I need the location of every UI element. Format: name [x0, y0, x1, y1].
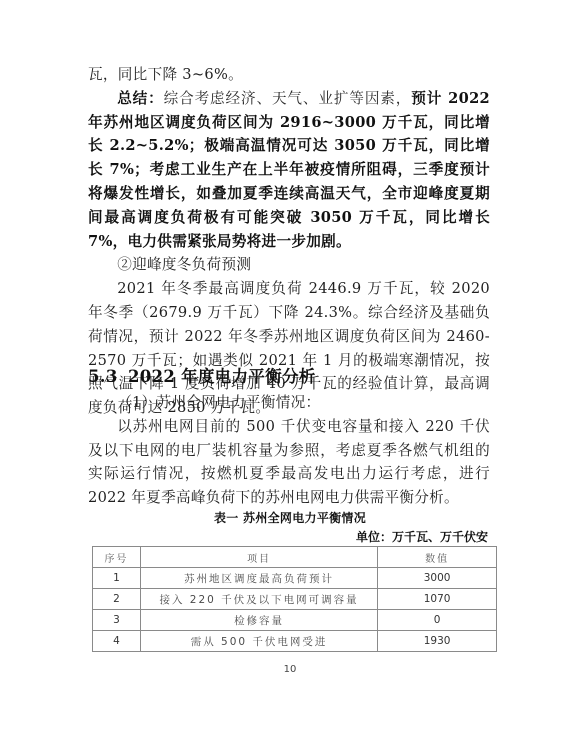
table-unit: 单位：万千瓦、万千伏安: [356, 528, 488, 545]
cell-item: 接入 220 千伏及以下电网可调容量: [140, 589, 377, 610]
cell-item: 需从 500 千伏电网受进: [140, 631, 377, 652]
table-row: 1 苏州地区调度最高负荷预计 3000: [93, 568, 497, 589]
cell-item: 检修容量: [140, 610, 377, 631]
header-no: 序号: [93, 547, 141, 568]
summary-paragraph: 总结：综合考虑经济、天气、业扩等因素，预计 2022 年苏州地区调度负荷区间为 …: [88, 87, 490, 254]
document-page: 瓦，同比下降 3~6%。 总结：综合考虑经济、天气、业扩等因素，预计 2022 …: [0, 0, 580, 729]
header-value: 数值: [378, 547, 497, 568]
table-caption: 表一 苏州全网电力平衡情况: [0, 509, 580, 526]
summary-intro: 综合考虑经济、天气、业扩等因素，: [164, 90, 412, 107]
section-title: 2022 年度电力平衡分析: [128, 367, 316, 386]
cell-no: 3: [93, 610, 141, 631]
cell-no: 4: [93, 631, 141, 652]
balance-paragraph: 以苏州电网目前的 500 千伏变电容量和接入 220 千伏及以下电网的电厂装机容…: [88, 415, 490, 510]
cell-item: 苏州地区调度最高负荷预计: [140, 568, 377, 589]
table-row: 3 检修容量 0: [93, 610, 497, 631]
cell-no: 2: [93, 589, 141, 610]
summary-label: 总结：: [117, 90, 163, 107]
page-number: 10: [0, 664, 580, 675]
table-row: 2 接入 220 千伏及以下电网可调容量 1070: [93, 589, 497, 610]
subsection-heading: （1）苏州全网电力平衡情况：: [88, 391, 490, 415]
cell-no: 1: [93, 568, 141, 589]
header-item: 项目: [140, 547, 377, 568]
winter-subheading: ②迎峰度冬负荷预测: [88, 253, 490, 277]
summary-body: 预计 2022 年苏州地区调度负荷区间为 2916~3000 万千瓦，同比增长 …: [88, 90, 490, 250]
section-heading: 5.32022 年度电力平衡分析: [88, 363, 316, 387]
table-header-row: 序号 项目 数值: [93, 547, 497, 568]
cell-value: 3000: [378, 568, 497, 589]
power-balance-table: 序号 项目 数值 1 苏州地区调度最高负荷预计 3000 2 接入 220 千伏…: [92, 546, 497, 652]
cell-value: 0: [378, 610, 497, 631]
body-text-balance: （1）苏州全网电力平衡情况： 以苏州电网目前的 500 千伏变电容量和接入 22…: [88, 391, 490, 510]
cell-value: 1930: [378, 631, 497, 652]
section-number: 5.3: [88, 367, 128, 386]
table-row: 4 需从 500 千伏电网受进 1930: [93, 631, 497, 652]
continuation-line: 瓦，同比下降 3~6%。: [88, 63, 490, 87]
cell-value: 1070: [378, 589, 497, 610]
